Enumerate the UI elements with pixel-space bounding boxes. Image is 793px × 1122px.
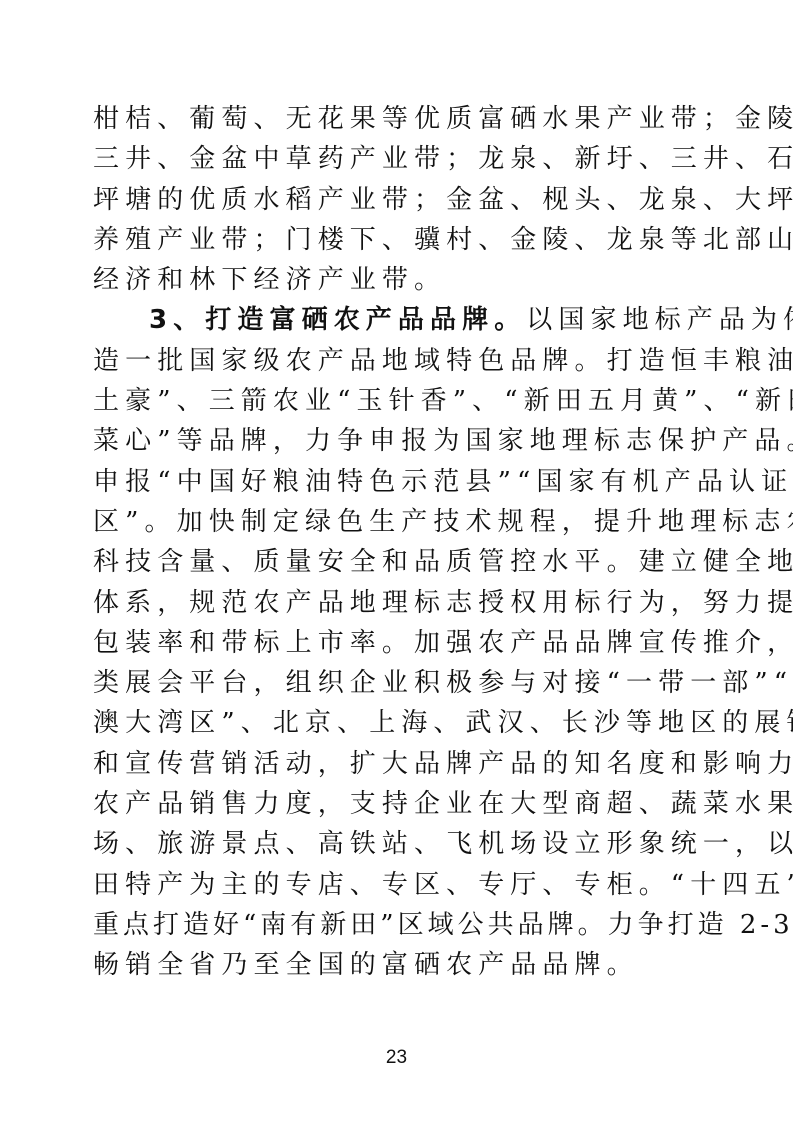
text-line: 重点打造好“南有新田”区域公共品牌。力争打造 2-3 个 [93,905,713,945]
text-line: 造一批国家级农产品地域特色品牌。打造恒丰粮油“新硒 [93,341,713,381]
paragraph-first-line: 3、打造富硒农产品品牌。以国家地标产品为依托，打 [93,300,713,340]
section-heading: 3、打造富硒农产品品牌。 [149,305,526,335]
text-line: 经济和林下经济产业带。 [93,260,713,300]
text-line: 澳大湾区”、北京、上海、武汉、长沙等地区的展销推介 [93,703,713,743]
text-line: 和宣传营销活动，扩大品牌产品的知名度和影响力。加大 [93,744,713,784]
text-line: 田特产为主的专店、专区、专厅、专柜。“十四五”期间， [93,865,713,905]
text-line: 类展会平台，组织企业积极参与对接“一带一部”“粤港 [93,663,713,703]
text-line: 包装率和带标上市率。加强农产品品牌宣传推介，借助各 [93,623,713,663]
text-line: 柑桔、葡萄、无花果等优质富硒水果产业带；金陵、枧头、 [93,99,713,139]
text-line: 体系，规范农产品地理标志授权用标行为，努力提高精品 [93,583,713,623]
text-line: 土豪”、三箭农业“玉针香”、“新田五月黄”、“新田 [93,381,713,421]
text-line: 农产品销售力度，支持企业在大型商超、蔬菜水果批发市 [93,784,713,824]
text-line: 三井、金盆中草药产业带；龙泉、新圩、三井、石羊、大 [93,139,713,179]
page-number: 23 [0,1047,793,1069]
text-line: 养殖产业带；门楼下、骥村、金陵、龙泉等北部山区竹木 [93,220,713,260]
text-line: 申报“中国好粮油特色示范县”“国家有机产品认证示范 [93,462,713,502]
text-line: 菜心”等品牌，力争申报为国家地理标志保护产品。积极 [93,421,713,461]
text-line: 区”。加快制定绿色生产技术规程，提升地理标志农产品 [93,502,713,542]
text-line: 畅销全省乃至全国的富硒农产品品牌。 [93,945,713,985]
text-line: 场、旅游景点、高铁站、飞机场设立形象统一，以销售新 [93,824,713,864]
body-text: 柑桔、葡萄、无花果等优质富硒水果产业带；金陵、枧头、 三井、金盆中草药产业带；龙… [93,99,713,986]
document-page: 柑桔、葡萄、无花果等优质富硒水果产业带；金陵、枧头、 三井、金盆中草药产业带；龙… [0,0,793,1122]
text-line: 坪塘的优质水稻产业带；金盆、枧头、龙泉、大坪塘生猪 [93,180,713,220]
text-fragment: 以国家地标产品为依托，打 [526,305,793,335]
text-line: 科技含量、质量安全和品质管控水平。建立健全地标管理 [93,542,713,582]
